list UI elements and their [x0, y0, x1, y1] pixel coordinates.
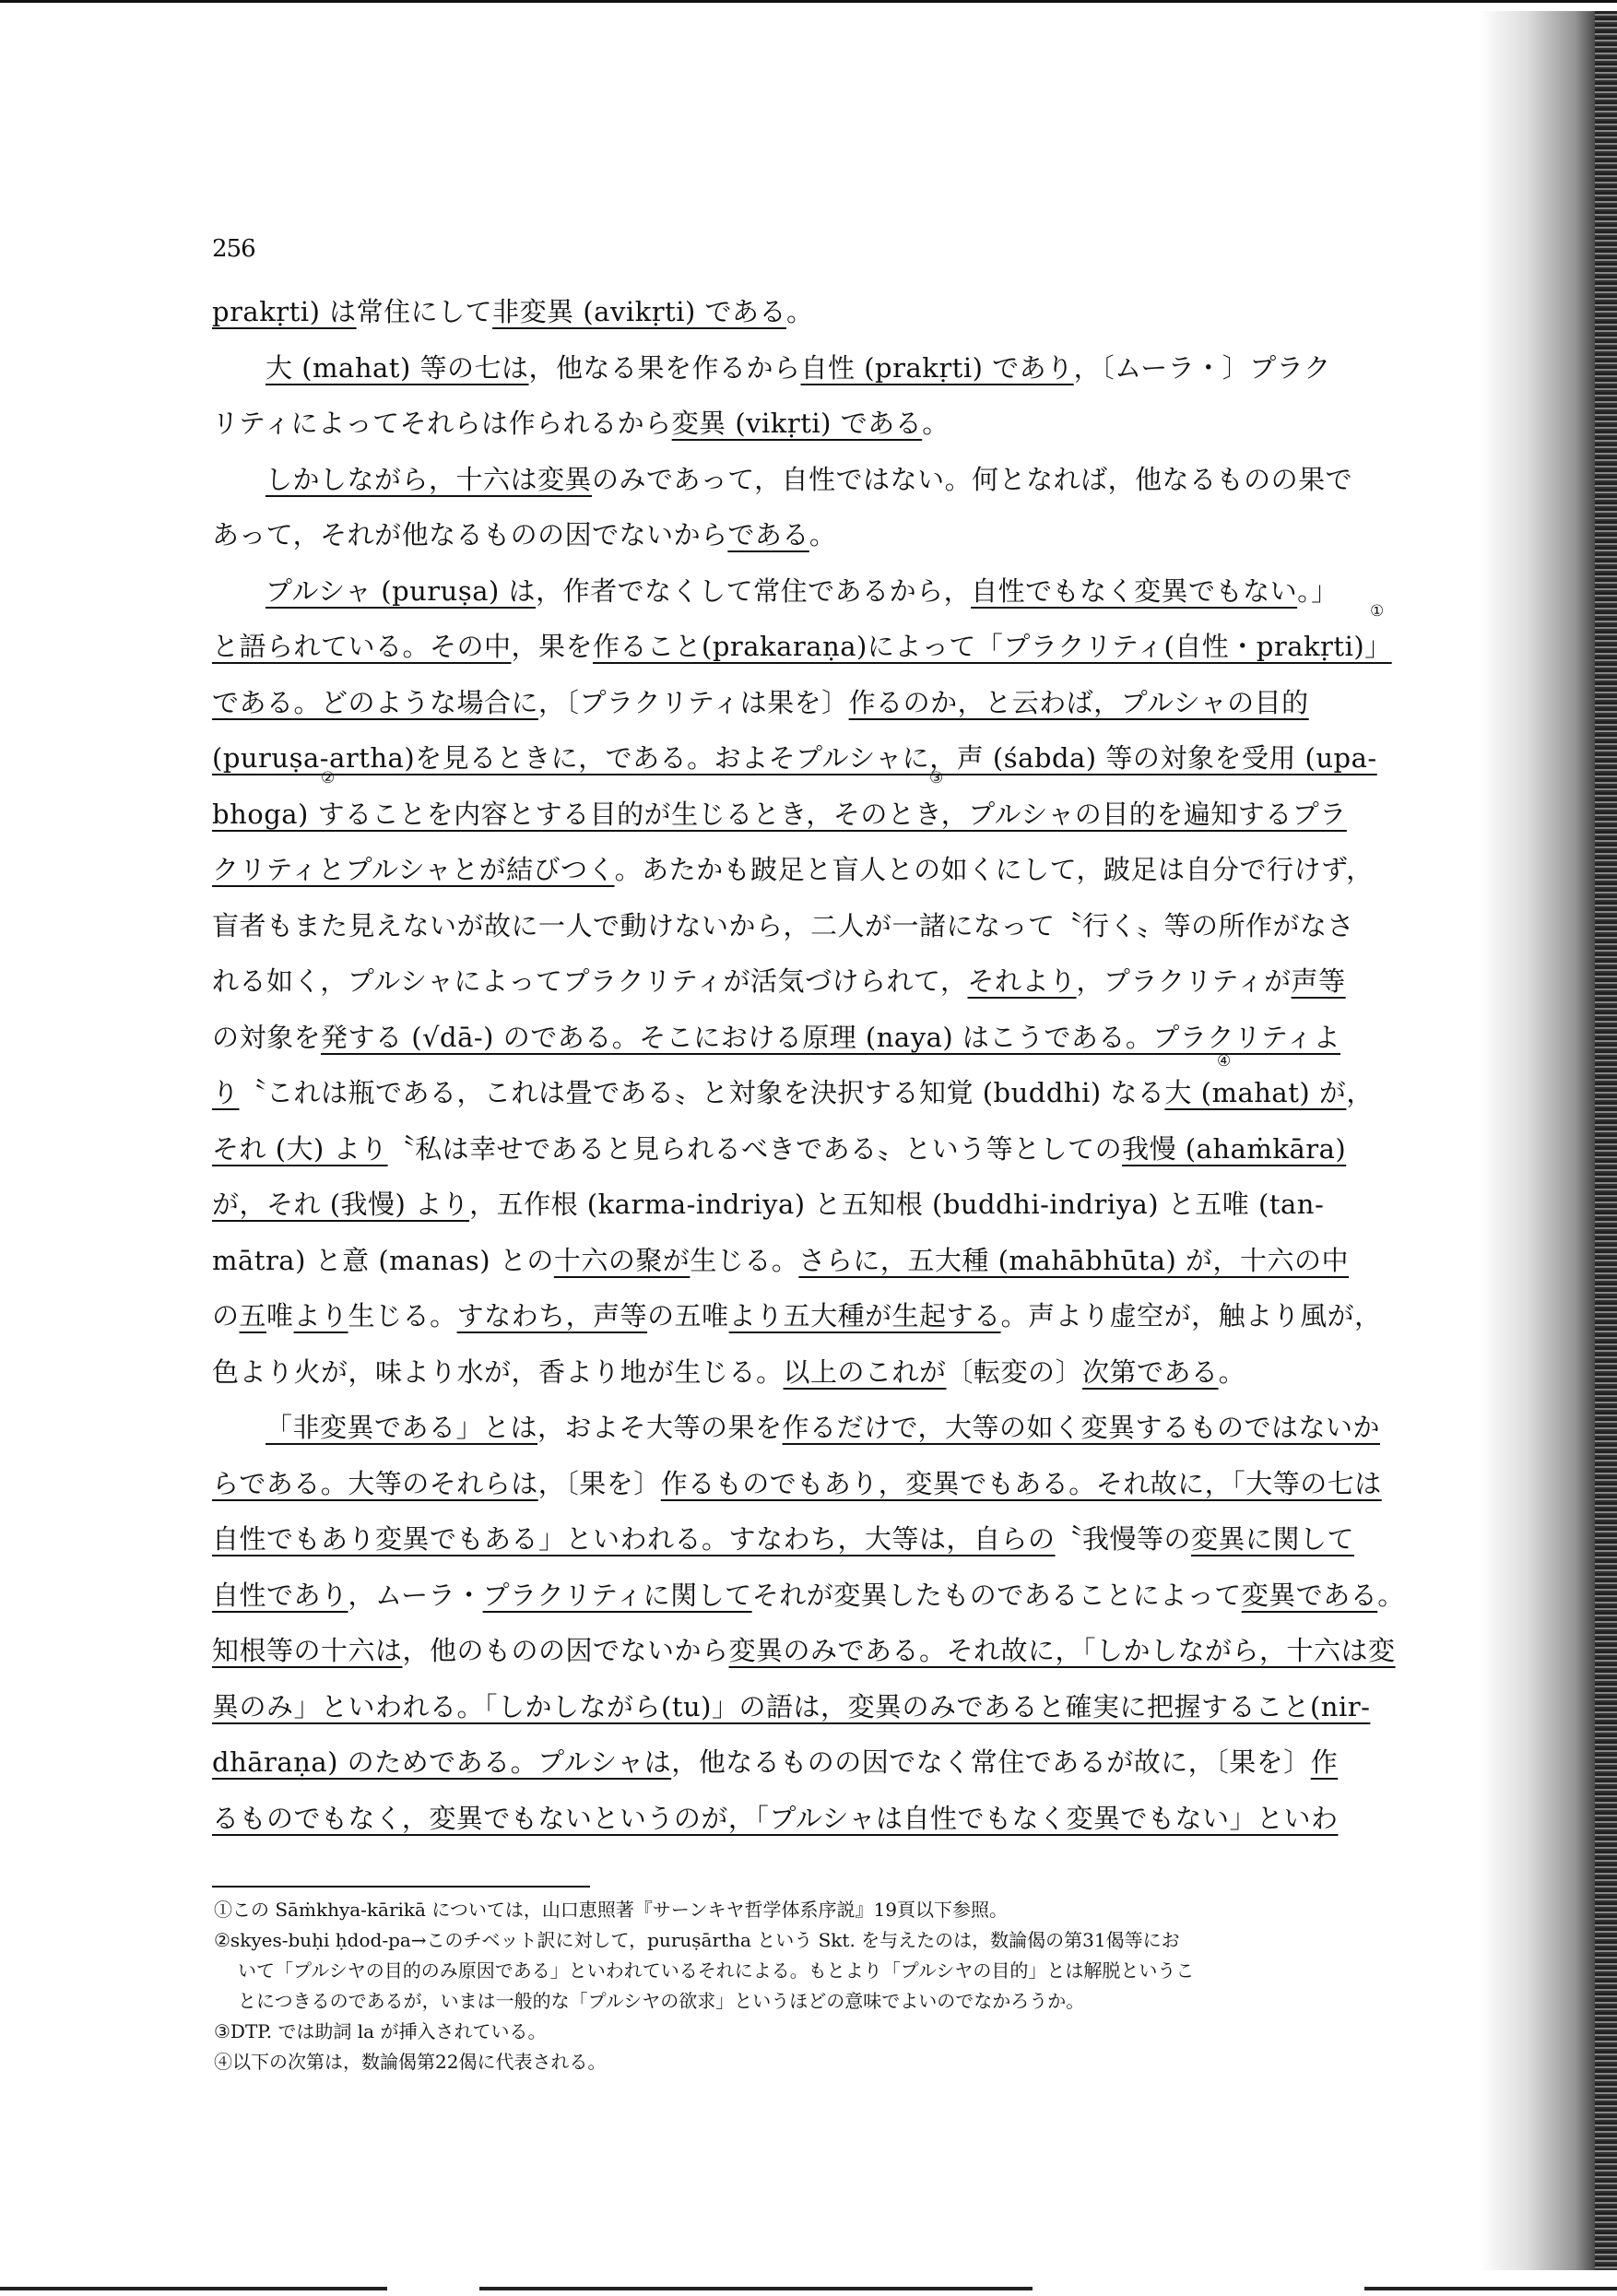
underlined-text: と語られている。その中: [212, 631, 512, 662]
footnotes: ①この Sāṁkhya-kārikā については，山口恵照著『サーンキヤ哲学体系…: [214, 1895, 1431, 2077]
scan-bottom-edge: [0, 2287, 387, 2290]
text-segment: 生じる。: [690, 1245, 798, 1276]
text-segment: 。あたかも跛足と盲人との如くにして，跛足は自分で行けず，: [615, 854, 1374, 885]
footnote-reference-mark: ②: [321, 771, 336, 787]
text-line: prakṛti) は常住にして非変異 (avikṛti) である。: [212, 284, 1420, 340]
text-segment: 〝これは瓶である，これは畳である〟と対象を決択する知覚 (buddhi) なる: [240, 1077, 1165, 1108]
underlined-text: である: [727, 519, 809, 550]
text-line: それ (大) より〝私は幸せであると見られるべきである〟という等としての我慢 (…: [212, 1121, 1420, 1178]
text-segment: 。声より虚空が，触より風が，: [1001, 1300, 1382, 1331]
underlined-text: 大 (mahat) 等の七は: [266, 352, 528, 384]
page-number: 256: [212, 235, 255, 263]
text-segment: ，ムーラ・: [348, 1580, 483, 1611]
text-line: クリティとプルシャとが結びつく。あたかも跛足と盲人との如くにして，跛足は自分で行…: [212, 842, 1420, 898]
scan-top-edge: [0, 0, 1617, 3]
underlined-text: 以上のこれが: [784, 1356, 947, 1388]
text-segment: それが変異したものであることによって: [752, 1580, 1242, 1611]
footnote-reference-mark: ③: [929, 771, 944, 787]
text-segment: 〝私は幸せであると見られるべきである〟という等としての: [388, 1133, 1123, 1165]
underlined-text: より: [294, 1300, 348, 1331]
text-segment: 〝我慢等の: [1056, 1523, 1192, 1555]
underlined-text: プルシャ (puruṣa) は: [266, 575, 536, 607]
scan-bottom-edge: [1364, 2287, 1617, 2290]
underlined-text: それ (大) より: [212, 1133, 388, 1165]
text-segment: mātra) と意 (manas) との: [212, 1245, 554, 1276]
text-line: 盲者もまた見えないが故に一人で動けないから，二人が一諸になって〝行く〟等の所作が…: [212, 898, 1420, 954]
text-line: リティによってそれらは作られるから変異 (vikṛti) である。: [212, 396, 1420, 452]
underlined-text: 自性であり: [212, 1580, 348, 1611]
text-line: bhoga) することを内容とする目的が生じるとき，そのとき，プルシャの目的を遍…: [212, 787, 1420, 843]
footnote: ①この Sāṁkhya-kārikā については，山口恵照著『サーンキヤ哲学体系…: [214, 1895, 1431, 1925]
text-segment: 。: [809, 519, 837, 550]
footnote-reference-mark: ①: [1370, 604, 1385, 620]
text-segment: 。: [922, 408, 950, 439]
text-segment: 常住にして: [357, 296, 493, 327]
underlined-text: 作るのか，と云わば，プルシャの目的: [849, 687, 1309, 718]
text-line: (puruṣa-artha)を見るときに，である。およそプルシャに，声 (śab…: [212, 730, 1420, 787]
text-segment: 。: [1219, 1356, 1246, 1388]
underlined-text: それより: [967, 965, 1076, 997]
underlined-text: クリティとプルシャとが結びつく: [212, 854, 615, 885]
underlined-text: 「非変異である」とは: [266, 1412, 537, 1443]
text-segment: 。: [1377, 1580, 1405, 1611]
text-segment: の: [212, 1300, 240, 1331]
scan-binding-shadow: [1479, 11, 1617, 2270]
underlined-text: 自性でもなく変異でもない: [971, 575, 1297, 607]
text-segment: ，作者でなくして常住であるから，: [536, 575, 971, 607]
footnote: ②skyes-buḥi ḥdod-pa→このチベット訳に対して，puruṣārt…: [214, 1925, 1431, 1956]
underlined-text: 異のみ」といわれる。「しかしながら(tu)」の語は，変異のみであると確実に把握す…: [212, 1691, 1370, 1722]
text-segment: ，〔果を〕: [538, 1468, 661, 1499]
text-line: が，それ (我慢) より，五作根 (karma-indriya) と五知根 (b…: [212, 1177, 1420, 1233]
text-line: れる如く，プルシャによってプラクリティが活気づけられて，それより，プラクリティが…: [212, 953, 1420, 1010]
text-segment: 〔転変の〕: [947, 1356, 1083, 1388]
text-line: である。どのような場合に，〔プラクリティは果を〕作るのか，と云わば，プルシャの目…: [212, 675, 1420, 731]
text-segment: 生じる。: [348, 1300, 457, 1331]
underlined-text: すなわち，声等: [457, 1300, 648, 1331]
text-segment: ，他のものの因でないから: [403, 1635, 729, 1666]
text-segment: あって，それが他なるものの因でないから: [212, 519, 727, 550]
text-line: らである。大等のそれらは，〔果を〕作るものでもあり，変異でもある。それ故に，「大…: [212, 1456, 1420, 1512]
text-line: プルシャ (puruṣa) は，作者でなくして常住であるから，自性でもなく変異で…: [212, 563, 1420, 620]
underlined-text: り: [212, 1077, 240, 1108]
body-text: prakṛti) は常住にして非変異 (avikṛti) である。大 (maha…: [212, 284, 1420, 1846]
underlined-text: 自性 (prakṛti) であり: [801, 352, 1074, 384]
underlined-text: 発する (√dā-) のである。そこにおける原理 (naya) はこうである。プ…: [321, 1022, 1340, 1053]
text-segment: ，他なる果を作るから: [528, 352, 800, 384]
underlined-text: 十六の聚が: [554, 1245, 690, 1276]
text-line: の五唯より生じる。すなわち，声等の五唯より五大種が生起する。声より虚空が，触より…: [212, 1288, 1420, 1344]
text-segment: の五唯: [647, 1300, 729, 1331]
text-line: 大 (mahat) 等の七は，他なる果を作るから自性 (prakṛti) であり…: [212, 340, 1420, 396]
text-line: dhāraṇa) のためである。プルシャは，他なるものの因でなく常住であるが故に…: [212, 1734, 1420, 1791]
text-segment: のみであって，自性ではない。何となれば，他なるものの果で: [592, 464, 1352, 495]
underlined-text: 作: [1311, 1746, 1339, 1778]
underlined-text: 変異 (vikṛti) である: [672, 408, 923, 439]
text-segment: れる如く，プルシャによってプラクリティが活気づけられて，: [212, 965, 967, 997]
underlined-text: 変異のみである。それ故に，「しかしながら，十六は変: [729, 1635, 1396, 1666]
underlined-text: るものでもなく，変異でもないというのが，「プルシャは自性でもなく変異でもない」と…: [212, 1803, 1338, 1834]
text-line: あって，それが他なるものの因でないからである。: [212, 507, 1420, 563]
text-line: 自性でもあり変異でもある」といわれる。すなわち，大等は，自らの〝我慢等の変異に関…: [212, 1511, 1420, 1568]
text-segment: の対象を: [212, 1022, 321, 1053]
text-line: るものでもなく，変異でもないというのが，「プルシャは自性でもなく変異でもない」と…: [212, 1791, 1420, 1847]
text-segment: ，プラクリティが: [1077, 965, 1292, 997]
underlined-text: 大 (mahat) が: [1164, 1077, 1346, 1108]
underlined-text: である。どのような場合に: [212, 687, 538, 718]
footnote-separator: [212, 1886, 590, 1888]
text-line: しかしながら，十六は変異のみであって，自性ではない。何となれば，他なるものの果で: [212, 452, 1420, 508]
underlined-text: さらに，五大種 (mahābhūta) が，十六の中: [798, 1245, 1349, 1276]
text-segment: ，およそ大等の果を: [537, 1412, 783, 1443]
text-segment: ，五作根 (karma-indriya) と五知根 (buddhi-indriy…: [469, 1189, 1324, 1220]
text-segment: 色より火が，味より水が，香より地が生じる。: [212, 1356, 784, 1388]
text-line: り〝これは瓶である，これは畳である〟と対象を決択する知覚 (buddhi) なる…: [212, 1065, 1420, 1121]
text-segment: リティによってそれらは作られるから: [212, 408, 672, 439]
underlined-text: 我慢 (ahaṁkāra): [1122, 1133, 1346, 1165]
underlined-text: dhāraṇa) のためである。プルシャは: [212, 1746, 671, 1778]
text-segment: 盲者もまた見えないが故に一人で動けないから，二人が一諸になって〝行く〟等の所作が…: [212, 910, 1354, 941]
text-segment: ，果を: [512, 631, 594, 662]
underlined-text: bhoga) することを内容とする目的が生じるとき，そのとき，プルシャの目的を遍…: [212, 799, 1347, 830]
scan-bottom-edge: [479, 2287, 1033, 2290]
text-line: mātra) と意 (manas) との十六の聚が生じる。さらに，五大種 (ma…: [212, 1233, 1420, 1289]
underlined-text: らである。大等のそれらは: [212, 1468, 538, 1499]
text-line: 自性であり，ムーラ・プラクリティに関してそれが変異したものであることによって変異…: [212, 1568, 1420, 1624]
footnote: ③DTP. では助詞 la が挿入されている。: [214, 2017, 1431, 2047]
text-line: 知根等の十六は，他のものの因でないから変異のみである。それ故に，「しかしながら，…: [212, 1623, 1420, 1679]
text-segment: 。」: [1297, 575, 1339, 607]
underlined-text: 自性でもあり変異でもある」といわれる。すなわち，大等は，自らの: [212, 1523, 1056, 1555]
text-line: と語られている。その中，果を作ること(prakaraṇa)によって「プラクリティ…: [212, 619, 1420, 675]
underlined-text: (puruṣa-artha)を見るときに，である。およそプルシャに，声 (śab…: [212, 742, 1377, 774]
underlined-text: 変異に関して: [1191, 1523, 1354, 1555]
text-segment: 。: [786, 296, 814, 327]
text-line: の対象を発する (√dā-) のである。そこにおける原理 (naya) はこうで…: [212, 1010, 1420, 1066]
underlined-text: 作るだけで，大等の如く変異するものではないか: [783, 1412, 1380, 1443]
underlined-text: 作るものでもあり，変異でもある。それ故に，「大等の七は: [661, 1468, 1382, 1499]
underlined-text: より五大種が生起する: [729, 1300, 1001, 1331]
text-segment: ，〔ムーラ・〕プラク: [1074, 352, 1331, 384]
text-line: 「非変異である」とは，およそ大等の果を作るだけで，大等の如く変異するものではない…: [212, 1400, 1420, 1456]
underlined-text: プラクリティに関して: [483, 1580, 752, 1611]
underlined-text: しかしながら，十六は変異: [266, 464, 592, 495]
underlined-text: 変異である: [1242, 1580, 1378, 1611]
text-line: 異のみ」といわれる。「しかしながら(tu)」の語は，変異のみであると確実に把握す…: [212, 1679, 1420, 1735]
footnote: いて「プルシヤの目的のみ原因である」といわれているそれによる。もとより「プルシヤ…: [214, 1956, 1431, 1986]
underlined-text: 作ること(prakaraṇa)によって「プラクリティ(自性・prakṛti)」: [593, 631, 1392, 662]
underlined-text: 知根等の十六は: [212, 1635, 403, 1666]
text-segment: 唯: [266, 1300, 294, 1331]
underlined-text: 声等: [1292, 965, 1346, 997]
text-segment: ，他なるものの因でなく常住であるが故に，〔果を〕: [671, 1746, 1311, 1778]
underlined-text: 非変異 (avikṛti) である: [492, 296, 786, 327]
footnote: とにつきるのであるが，いまは一般的な「プルシヤの欲求」というほどの意味でよいので…: [214, 1986, 1431, 2017]
text-line: 色より火が，味より水が，香より地が生じる。以上のこれが〔転変の〕次第である。: [212, 1344, 1420, 1401]
underlined-text: prakṛti) は: [212, 296, 357, 327]
underlined-text: 次第である: [1082, 1356, 1219, 1388]
underlined-text: 五: [240, 1300, 267, 1331]
underlined-text: が，それ (我慢) より: [212, 1189, 469, 1220]
text-segment: ，〔プラクリティは果を〕: [538, 687, 849, 718]
text-segment: ，: [1346, 1077, 1374, 1108]
footnote: ④以下の次第は，数論偈第22偈に代表される。: [214, 2047, 1431, 2077]
